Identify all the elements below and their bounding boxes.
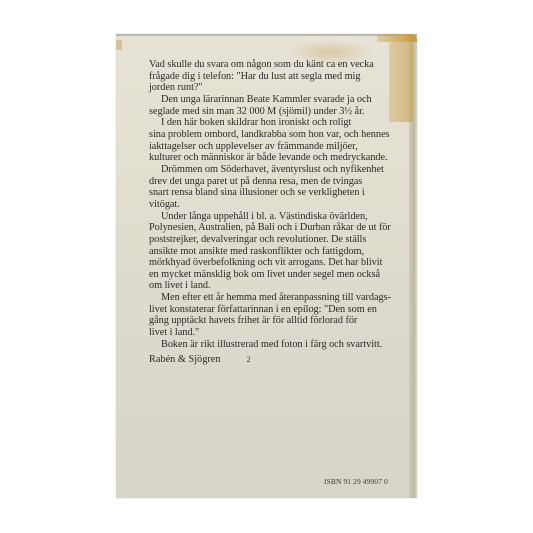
blurb-paragraph: Den unga lärarinnan Beate Kammler svarad… [149,94,409,117]
tape-stain-corner [377,34,417,42]
isbn-number: ISBN 91 29 49907 0 [324,477,388,486]
blurb-line: Men efter ett år hemma med återanpassnin… [149,292,409,304]
blurb-line: snart rensa bland sina illusioner och se… [149,187,409,199]
publisher-name: Rabén & Sjögren [149,354,221,365]
blurb-line: livet konstaterar författarinnan i en ep… [149,304,409,316]
blurb-line: jorden runt?" [149,82,409,94]
blurb-line: poststrejker, devalveringar och revoluti… [149,234,409,246]
blurb-paragraph: Men efter ett år hemma med återanpassnin… [149,292,409,339]
publisher-row: Rabén & Sjögren2 [149,354,251,365]
blurb-line: Polynesien, Australien, på Bali och i Du… [149,222,409,234]
blurb-paragraph: I den här boken skildrar hon ironiskt oc… [149,117,409,164]
blurb-line: Den unga lärarinnan Beate Kammler svarad… [149,94,409,106]
blurb-line: Under långa uppehåll i bl. a. Västindisk… [149,211,409,223]
blurb-line: Vad skulle du svara om någon som du känt… [149,59,409,71]
blurb-line: om livet i land. [149,280,409,292]
blurb-line: kulturer och människor är både levande o… [149,152,409,164]
blurb-text: Vad skulle du svara om någon som du känt… [149,59,409,350]
blurb-line: gång upptäckt havets frihet är för allti… [149,315,409,327]
blurb-line: I den här boken skildrar hon ironiskt oc… [149,117,409,129]
blurb-paragraph: Under långa uppehåll i bl. a. Västindisk… [149,211,409,293]
cover-stain-left [116,40,122,50]
blurb-line: sina problem ombord, landkrabba som hon … [149,129,409,141]
blurb-line: en mycket mänsklig bok om livet under se… [149,269,409,281]
blurb-line: ansikte mot ansikte med raskonflikter oc… [149,246,409,258]
blurb-line: Drömmen om Söderhavet, äventyrslust och … [149,164,409,176]
blurb-paragraph: Vad skulle du svara om någon som du känt… [149,59,409,94]
blurb-line: vitögat. [149,199,409,211]
blurb-line: iakttagelser och upplevelser av främmand… [149,141,409,153]
blurb-paragraph: Boken är rikt illustrerad med foton i fä… [149,339,409,351]
blurb-line: seglade med sin man 32 000 M (sjömil) un… [149,106,409,118]
publisher-number: 2 [247,355,251,364]
blurb-line: drev det unga paret ut på denna resa, me… [149,176,409,188]
blurb-line: Boken är rikt illustrerad med foton i fä… [149,339,409,351]
blurb-paragraph: Drömmen om Söderhavet, äventyrslust och … [149,164,409,211]
blurb-line: frågade dig i telefon: "Har du lust att … [149,71,409,83]
blurb-line: livet i land." [149,327,409,339]
book-back-cover: Vad skulle du svara om någon som du känt… [116,34,417,498]
blurb-line: mörkhyad överbefolkning och vit arrogans… [149,257,409,269]
